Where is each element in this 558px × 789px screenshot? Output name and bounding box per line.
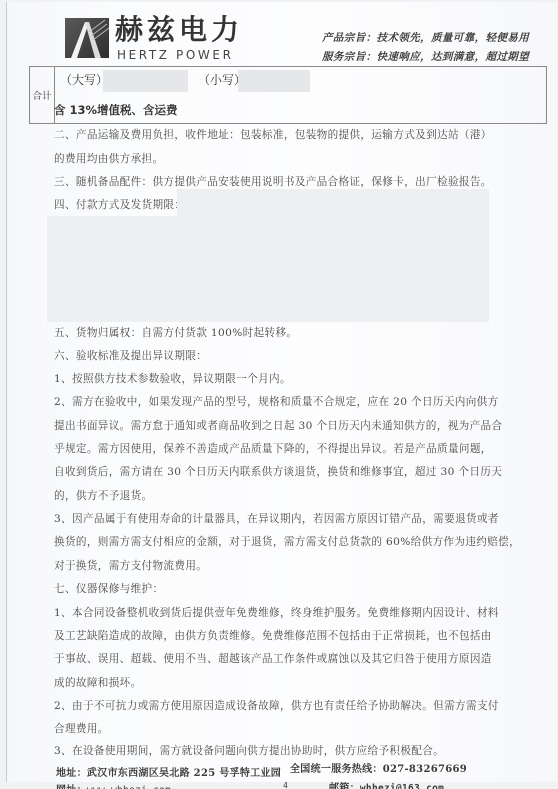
product-motto: 产品宗旨：技术领先，质量可靠，轻便易用 xyxy=(322,30,529,45)
logo-english-name: HERTZ POWER xyxy=(117,48,234,62)
footer-hotline: 全国统一服务热线：027-83267669 xyxy=(290,760,467,775)
logo-mark-icon xyxy=(65,18,109,58)
clause-line: 的费用均由供方承担。 xyxy=(54,152,163,166)
logo-chinese-name: 赫兹电力 xyxy=(115,14,243,46)
email-address[interactable]: whhezi@163.com xyxy=(360,783,444,789)
clause-line: 换货的，则需方需支付相应的金额，对于退货，需方需支付总货款的 60%给供方作为违… xyxy=(54,535,520,549)
clause-line: 2、需方在验收中，如果发现产品的型号，规格和质量不合规定，应在 20 个日历天内… xyxy=(54,395,499,409)
clause-line: 提出书面异议。需方怠于通知或者商品收到之日起 30 个日历天内未通知供方的，视为… xyxy=(54,419,502,433)
document-page: 赫兹电力 HERTZ POWER 产品宗旨：技术领先，质量可靠，轻便易用 服务宗… xyxy=(6,2,557,782)
clause-line: 四、付款方式及发货期限： xyxy=(54,198,185,212)
clause-line: 三、随机备品配件：供方提供产品安装使用说明书及产品合格证，保修卡，出厂检验报告。 xyxy=(54,175,492,189)
clause-line: 3、在设备使用期间，需方就设备问题向供方提出协助时，供方应给予积极配合。 xyxy=(54,744,444,758)
clause-line: 合理费用。 xyxy=(54,722,109,736)
page-number: 4 xyxy=(283,781,288,789)
footer-address: 地址：武汉市东西湖区吴北路 225 号孚特工业园 xyxy=(56,764,281,779)
clause-line: 3、因产品属于有使用寿命的计量器具，在异议期内，若因需方原因订错产品，需要退货或… xyxy=(54,512,499,526)
tax-note: 含 13%增值税、含运费 xyxy=(54,102,178,118)
numeric-amount-redacted xyxy=(238,70,310,92)
capital-amount-redacted xyxy=(103,70,188,92)
clause-line: 二、产品运输及费用负担，收件地址：包装标准，包装物的提供，运输方式及到达站（港） xyxy=(54,128,492,142)
payment-terms-redacted xyxy=(177,189,489,217)
service-motto: 服务宗旨：快速响应，达到满意，超过期望 xyxy=(322,49,529,64)
clause-line: 七、仪器保修与维护： xyxy=(54,582,163,596)
clause-line: 成的故障和损坏。 xyxy=(54,676,142,690)
payment-terms-block-redacted xyxy=(47,216,489,322)
email-label: 邮箱： xyxy=(329,783,360,789)
footer-website: 网址：www.whhezi.com xyxy=(56,781,171,789)
clause-line: 1、按照供方技术参数验收，异议期限一个月内。 xyxy=(54,372,291,386)
clause-line: 1、本合同设备整机收到货后提供壹年免费维修，终身维护服务。免费维修期内因设计、材… xyxy=(54,606,499,620)
clause-line: 自收到货后，需方请在 30 个日历天内联系供方谈退货，换货和维修事宜，超过 30… xyxy=(54,465,502,479)
clause-line: 2、由于不可抗力或需方使用原因造成设备故障，供方也有责任给予协助解决。但需方需支… xyxy=(54,699,499,713)
clause-line: 的，供方不予退货。 xyxy=(54,489,153,503)
clause-line: 六、验收标准及提出异议期限： xyxy=(54,349,207,363)
website-link[interactable]: www.whhezi.com xyxy=(87,785,171,789)
capital-amount-label: （大写） xyxy=(60,71,108,88)
website-label: 网址： xyxy=(56,785,87,789)
total-label: 合计 xyxy=(30,67,55,123)
clause-line: 五、货物归属权：自需方付货款 100%时起转移。 xyxy=(54,326,297,340)
clause-line: 于事故、误用、超载、使用不当、超越该产品工作条件或腐蚀以及其它归咎于使用方原因造 xyxy=(54,652,492,666)
total-amount-table: 合计 （大写） （小写） 含 13%增值税、含运费 xyxy=(29,66,547,124)
footer-email: 邮箱：whhezi@163.com xyxy=(329,779,444,789)
clause-line: 及工艺缺陷造成的故障，由供方负责维修。免费维修范围不包括由于正常损耗，也不包括由 xyxy=(54,629,492,643)
clause-line: 对于换货，需方支付物流费用。 xyxy=(54,559,207,573)
clause-line: 乎规定。需方因使用，保养不善造成产品质量下降的，不得提出异议。若是产品质量问题， xyxy=(54,442,492,456)
